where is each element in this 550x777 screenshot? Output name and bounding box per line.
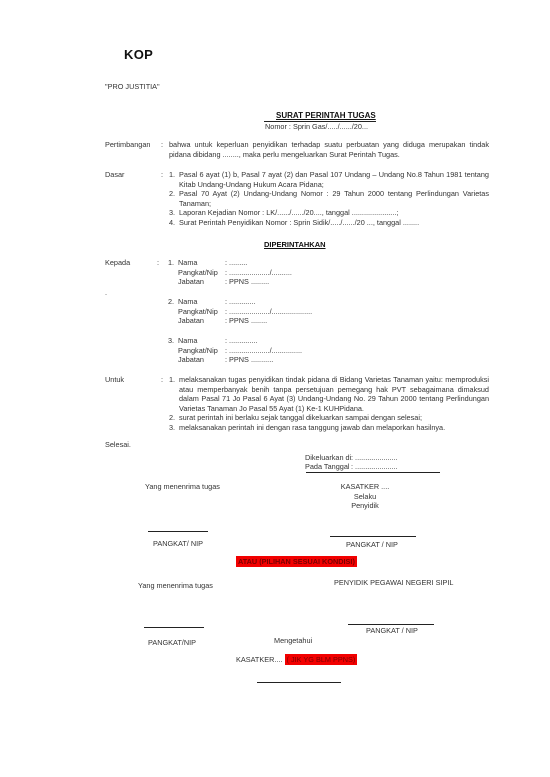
recipient-title-a: Yang menenrima tugas (145, 482, 220, 492)
jabatan-label: Jabatan (178, 355, 225, 365)
item-text: Laporan Kejadian Nomor : LK/....../.....… (179, 208, 489, 218)
recipient-title-b: Yang menenrima tugas (138, 581, 213, 591)
dikeluarkan-value: : ..................... (351, 453, 398, 462)
section-dasar: Dasar : 1.Pasal 6 ayat (1) b, Pasal 7 ay… (105, 170, 489, 228)
person-number: 2. (168, 297, 178, 307)
nama-value: : .............. (225, 336, 257, 346)
item-text: surat perintah ini berlaku sejak tanggal… (179, 413, 489, 423)
person-1: 1.Nama: ......... Pangkat/Nip: .........… (168, 258, 292, 287)
jabatan-value: : PPNS ......... (225, 277, 269, 287)
kop-heading: KOP (124, 47, 153, 62)
nama-value: : ......... (225, 258, 247, 268)
pangkat-value: : ..................../.................… (225, 307, 312, 317)
section-pertimbangan: Pertimbangan : bahwa untuk keperluan pen… (105, 140, 489, 159)
pangkat-right-b: PANGKAT / NIP (366, 626, 418, 636)
item-number: 1. (169, 375, 179, 413)
section-untuk: Untuk : 1.melaksanakan tugas penyidikan … (105, 375, 489, 433)
nama-label: Nama (178, 336, 225, 346)
pangkat-value: : ..................../............... (225, 346, 302, 356)
jabatan-value: : PPNS ........ (225, 316, 267, 326)
pangkat-label: Pangkat/Nip (178, 268, 225, 278)
item-number: 2. (169, 189, 179, 208)
item-text: Surat Perintah Penyidikan Nomor : Sprin … (179, 218, 489, 228)
item-text: melaksanakan tugas penyidikan tindak pid… (179, 375, 489, 413)
nama-label: Nama (178, 297, 225, 307)
item-number: 2. (169, 413, 179, 423)
pangkat-label: Pangkat/Nip (178, 307, 225, 317)
untuk-item: 3.melaksanakan perintah ini dengan rasa … (169, 423, 489, 433)
signature-line-left-b (144, 627, 204, 628)
jabatan-value: : PPNS ........... (225, 355, 273, 365)
jabatan-label: Jabatan (178, 277, 225, 287)
pada-tanggal-row: Pada Tanggal: ..................... (305, 462, 398, 472)
dasar-item: 1.Pasal 6 ayat (1) b, Pasal 7 ayat (2) d… (169, 170, 489, 189)
pada-tanggal-value: : ..................... (351, 462, 398, 471)
untuk-item: 1.melaksanakan tugas penyidikan tindak p… (169, 375, 489, 413)
dasar-item: 3.Laporan Kejadian Nomor : LK/....../...… (169, 208, 489, 218)
dasar-colon: : (161, 170, 169, 228)
pangkat-label: Pangkat/Nip (178, 346, 225, 356)
issuance-divider (306, 472, 440, 473)
person-3: 3.Nama: .............. Pangkat/Nip: ....… (168, 336, 302, 365)
penyidik-line: Penyidik (330, 501, 400, 511)
person-number: 1. (168, 258, 178, 268)
selaku-line: Selaku (330, 492, 400, 502)
item-number: 4. (169, 218, 179, 228)
signature-line-right-a (330, 536, 416, 537)
pertimbangan-colon: : (161, 140, 169, 159)
person-number: 3. (168, 336, 178, 346)
document-title: SURAT PERINTAH TUGAS (276, 111, 376, 120)
kepada-label: Kepada (105, 258, 130, 268)
ppns-title: PENYIDIK PEGAWAI NEGERI SIPIL (334, 578, 453, 588)
kasatker-note-highlight: ( JIK YG BLM PPNS) (285, 654, 358, 665)
person-2: 2.Nama: ............. Pangkat/Nip: .....… (168, 297, 312, 326)
kasatker-line: KASATKER .... (330, 482, 400, 492)
item-number: 3. (169, 423, 179, 433)
kasatker-title: KASATKER .... Selaku Penyidik (330, 482, 400, 511)
signature-line-left-a (148, 531, 208, 532)
nama-label: Nama (178, 258, 225, 268)
pangkat-left-b: PANGKAT/NIP (148, 638, 196, 648)
item-text: Pasal 70 Ayat (2) Undang-Undang Nomor : … (179, 189, 489, 208)
alternative-note-highlight: ATAU (PILIHAN SESUAI KONDISI) (236, 556, 357, 567)
mengetahui-text: Mengetahui (274, 636, 312, 646)
untuk-colon: : (161, 375, 169, 433)
item-number: 3. (169, 208, 179, 218)
pro-justitia: "PRO JUSTITIA" (105, 82, 160, 92)
pada-tanggal-label: Pada Tanggal (305, 462, 351, 472)
pangkat-left-a: PANGKAT/ NIP (153, 539, 203, 549)
selesai-text: Selesai. (105, 440, 131, 450)
signature-line-right-b (348, 624, 434, 625)
item-text: melaksanakan perintah ini dengan rasa ta… (179, 423, 489, 433)
untuk-item: 2.surat perintah ini berlaku sejak tangg… (169, 413, 489, 423)
jabatan-label: Jabatan (178, 316, 225, 326)
alternative-note: ATAU (PILIHAN SESUAI KONDISI) (236, 557, 357, 567)
stray-dot: . (105, 288, 107, 298)
pertimbangan-text: bahwa untuk keperluan penyidikan terhada… (169, 140, 489, 159)
pangkat-right-a: PANGKAT / NIP (346, 540, 398, 550)
kepada-colon: : (157, 258, 159, 268)
kasatker-label: KASATKER.... (236, 655, 283, 664)
dasar-item: 2.Pasal 70 Ayat (2) Undang-Undang Nomor … (169, 189, 489, 208)
document-number: Nomor : Sprin Gas/...../....../20... (265, 122, 368, 132)
item-text: Pasal 6 ayat (1) b, Pasal 7 ayat (2) dan… (179, 170, 489, 189)
kasatker-mengetahui: KASATKER.... ( JIK YG BLM PPNS) (236, 655, 357, 665)
diperintahkan-heading: DIPERINTAHKAN (264, 240, 326, 249)
untuk-label: Untuk (105, 375, 161, 433)
pertimbangan-label: Pertimbangan (105, 140, 161, 159)
dasar-item: 4.Surat Perintah Penyidikan Nomor : Spri… (169, 218, 489, 228)
dasar-label: Dasar (105, 170, 161, 228)
nama-value: : ............. (225, 297, 255, 307)
item-number: 1. (169, 170, 179, 189)
signature-line-bottom (257, 682, 341, 683)
pangkat-value: : ..................../.......... (225, 268, 292, 278)
